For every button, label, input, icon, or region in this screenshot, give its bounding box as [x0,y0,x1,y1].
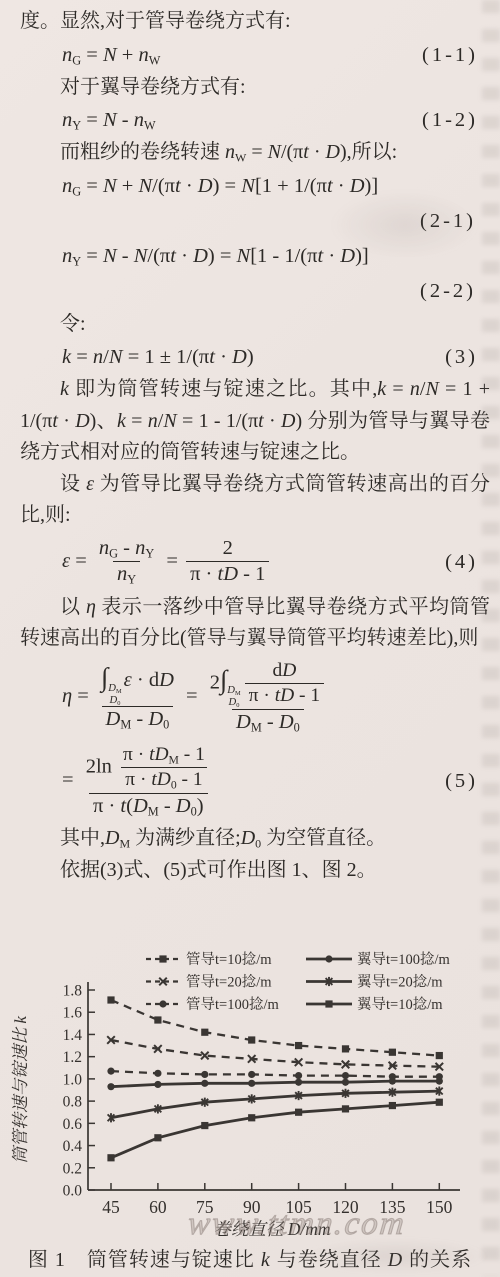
equation-1-1: nG = N + nW (1-1) [20,38,490,72]
body-line-3: 而粗纱的卷绕转速 nW = N/(πt · D),所以: [20,137,490,169]
equation-3-formula: k = n/N = 1 ± 1/(πt · D) [62,340,254,374]
body-line-2: 对于翼导卷绕方式有: [20,72,490,104]
body-line-4: 令: [20,309,490,341]
figure-1-caption: 图 1 筒管转速与锭速比 k 与卷绕直径 D 的关系 [0,1246,500,1275]
equation-5-line-1-formula: η = ∫DMD0ε · dDDM - D0 = 2∫DMD0dDπ · tD … [62,659,333,735]
svg-text:45: 45 [102,1197,120,1217]
equation-2-2-formula: nY = N - N/(πt · D) = N[1 - 1/(πt · D)] [62,239,369,273]
paragraph-figure-ref: 依据(3)式、(5)式可作出图 1、图 2。 [20,855,490,887]
svg-text:管导t=100捻/m: 管导t=100捻/m [186,996,279,1013]
equation-3-number: (3) [445,340,478,374]
paragraph-epsilon-intro: 设 ε 为管导比翼导卷绕方式筒管转速高出的百分比,则: [20,469,490,532]
body-line-1: 度。显然,对于管导卷绕方式有: [20,6,490,38]
svg-text:1.0: 1.0 [63,1071,83,1088]
svg-text:管导t=20捻/m: 管导t=20捻/m [186,974,272,991]
svg-text:0.8: 0.8 [63,1094,83,1111]
equation-1-2-number: (1-2) [422,103,478,137]
paragraph-diameter-note: 其中,DM 为满纱直径;D0 为空管直径。 [20,823,490,855]
equation-4-formula: ε = nG - nYnY = 2π · tD - 1 [62,536,272,588]
equation-5-line-2-formula: = 2ln π · tDM - 1π · tD0 - 1π · t(DM - D… [62,743,218,819]
body-text: 度。显然,对于管导卷绕方式有: nG = N + nW (1-1) 对于翼导卷绕… [0,0,500,950]
svg-text:0.6: 0.6 [63,1116,83,1133]
equation-2-2-number: (2-2) [20,273,490,309]
svg-text:翼导t=20捻/m: 翼导t=20捻/m [357,974,443,991]
svg-text:0.0: 0.0 [63,1183,83,1200]
scanned-paper-page: 度。显然,对于管导卷绕方式有: nG = N + nW (1-1) 对于翼导卷绕… [0,0,500,1277]
equation-2-2: nY = N - N/(πt · D) = N[1 - 1/(πt · D)] [20,239,490,273]
svg-text:1.2: 1.2 [63,1049,82,1066]
svg-text:管导t=10捻/m: 管导t=10捻/m [186,951,272,968]
svg-text:1.8: 1.8 [63,983,83,1000]
svg-text:翼导t=10捻/m: 翼导t=10捻/m [357,996,443,1013]
svg-text:筒管转速与锭速比 k: 筒管转速与锭速比 k [11,1016,30,1164]
equation-1-1-number: (1-1) [422,38,478,72]
figure-1-chart: 0.00.20.40.60.81.01.21.41.61.84560759010… [0,948,500,1246]
svg-text:0.2: 0.2 [63,1160,82,1177]
equation-2-1: nG = N + N/(πt · D) = N[1 + 1/(πt · D)] [20,169,490,203]
paragraph-eta-intro: 以 η 表示一落纱中管导比翼导卷绕方式平均筒管转速高出的百分比(管导与翼导筒管平… [20,592,490,655]
equation-4: ε = nG - nYnY = 2π · tD - 1 (4) [20,532,490,592]
svg-text:翼导t=100捻/m: 翼导t=100捻/m [357,951,450,968]
equation-4-number: (4) [445,547,478,577]
equation-5-number: (5) [445,766,478,796]
svg-text:1.4: 1.4 [63,1027,83,1044]
paragraph-k-explain: k 即为筒管转速与锭速之比。其中,k = n/N = 1 + 1/(πt · D… [20,374,490,469]
svg-text:150: 150 [426,1197,453,1217]
equation-2-1-number: (2-1) [20,203,490,239]
equation-1-1-formula: nG = N + nW [62,38,160,72]
equation-5-line-2: = 2ln π · tDM - 1π · tD0 - 1π · t(DM - D… [20,739,490,823]
equation-1-2-formula: nY = N - nW [62,103,156,137]
svg-text:0.4: 0.4 [63,1138,83,1155]
svg-text:60: 60 [149,1197,167,1217]
equation-5-line-1: η = ∫DMD0ε · dDDM - D0 = 2∫DMD0dDπ · tD … [20,655,490,739]
equation-3: k = n/N = 1 ± 1/(πt · D) (3) [20,340,490,374]
equation-2-1-formula: nG = N + N/(πt · D) = N[1 + 1/(πt · D)] [62,169,378,203]
svg-text:1.6: 1.6 [63,1005,83,1022]
equation-1-2: nY = N - nW (1-2) [20,103,490,137]
watermark-ttmn: www.ttmn.com [186,1206,408,1243]
